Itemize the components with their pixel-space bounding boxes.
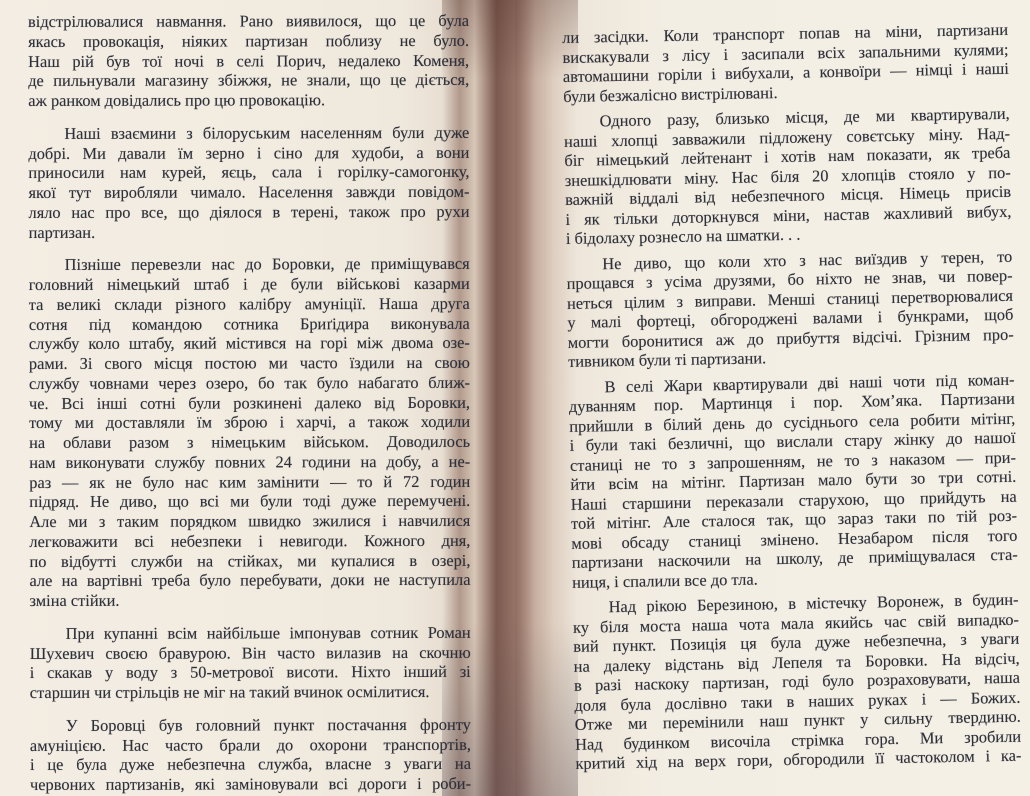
text-line: по відбутті служби на стійках, ми купали… [29,550,470,571]
text-line: легковажити всі небезпеки і невигоди. Ко… [29,531,470,552]
text-line: Наш рій був тої ночі в селі Порич, недал… [28,50,469,71]
text-line: Шухевич своєю бравурою. Він часто вилази… [30,642,471,663]
text-line: раз — як не було нас ким замінити — то й… [29,471,470,492]
paragraph: У Боровці був головний пункт постачання … [30,715,471,795]
text-line: амуніцією. Нас часто брали до охорони тр… [30,734,471,755]
paragraph: В селі Жари квартирували дві наші чоти п… [568,369,1018,592]
text-line: тому ми доставляли їм зброю і харчі, а т… [29,412,470,433]
text-line: приносили нам курей, яєць, сала і горілк… [28,162,469,183]
text-line: аж ранком довідались про цю провокацію. [28,90,469,111]
paragraph: ли засідки. Коли транспорт попав на міни… [562,20,1009,106]
text-line: але на вартівні треба було перебувати, д… [29,570,470,591]
paragraph: При купанні всім найбільше імпонував сот… [30,623,471,703]
text-line: якась провокація, ніяких партизан поблиз… [28,31,469,52]
text-line: головний німецький штаб і де були військ… [29,274,470,295]
text-line: Пізніше перевезли нас до Боровки, де при… [29,254,470,275]
paragraph: Пізніше перевезли нас до Боровки, де при… [29,254,471,611]
text-line: на облави разом з німецьким військом. До… [29,432,470,453]
text-line: сотня під командою сотника Бриґідира вик… [29,313,470,334]
text-line: старшин чи стрільців не міг на такий вчи… [30,682,471,703]
text-line: нам виконувати службу повних 24 години н… [29,452,470,473]
text-line: зміна стійки. [30,590,471,611]
text-line: службу човнами через озеро, бо так було … [29,373,470,394]
left-page-text: відстрілювалися навмання. Рано виявилося… [28,11,471,795]
text-line: і це була дуже небезпечна служба, власне… [30,754,471,775]
text-line: якої тут виробляли чимало. Населення зав… [28,182,469,203]
paragraph: Одного разу, близько місця, де ми кварти… [564,104,1012,249]
text-line: і скакав у воду з 50-метрової висоти. Ні… [30,662,471,683]
text-line: підряд. Не диво, що всі ми були тоді дуж… [29,491,470,512]
text-line: та великі склади різного калібру амуніці… [29,294,470,315]
text-line: Наші взаємини з білоруським населенням б… [28,123,469,144]
text-line: Але ми з таким порядком швидко зжилися і… [29,511,470,532]
paragraph: відстрілювалися навмання. Рано виявилося… [28,11,469,111]
text-line: При купанні всім найбільше імпонував сот… [30,623,471,644]
text-line: че. Всі інші сотні були розкинені далеко… [29,392,470,413]
paragraph: Над рікою Березиною, в містечку Воронеж,… [572,590,1021,774]
right-page-text: ли засідки. Коли транспорт попав на міни… [562,20,1022,774]
text-line: ляло нас про все, що діялося в терені, т… [28,202,469,223]
text-line: службу коло штабу, який містився на горі… [29,333,470,354]
text-line: рами. Зі свого місця постою ми часто їзд… [29,353,470,374]
book-spread: відстрілювалися навмання. Рано виявилося… [0,0,1030,796]
paragraph: Наші взаємини з білоруським населенням б… [28,123,469,243]
text-line: де пильнували магазину збіжжя, не знали,… [28,70,469,91]
paragraph: Не диво, що коли хто з нас виїздив у тер… [566,246,1014,371]
text-line: партизан. [29,221,470,242]
text-line: червоних партизанів, які заміновували вс… [30,774,471,795]
text-line: У Боровці був головний пункт постачання … [30,715,471,736]
text-line: добрі. Ми давали їм зерно і сіно для худ… [28,142,469,163]
text-line: відстрілювалися навмання. Рано виявилося… [28,11,469,32]
